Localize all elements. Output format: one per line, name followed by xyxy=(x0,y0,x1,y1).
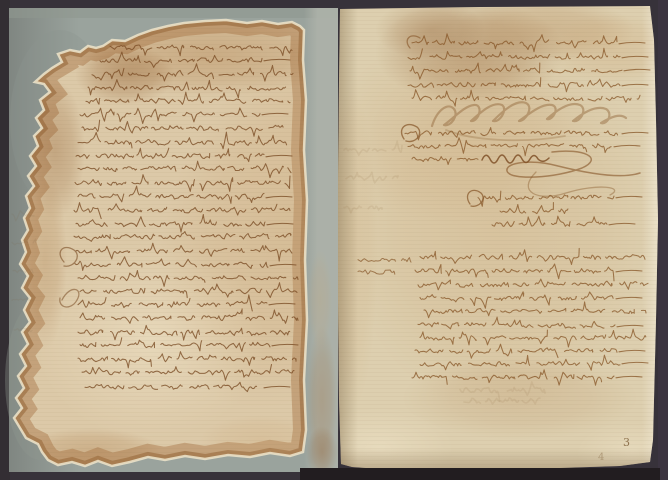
stain-blot xyxy=(308,250,332,350)
manuscript-scan: 3 4 xyxy=(0,0,668,480)
book-bottom-shadow xyxy=(300,468,660,480)
backing-top-band xyxy=(9,8,338,18)
page-number: 3 xyxy=(623,436,630,449)
frame-right-edge xyxy=(658,0,668,480)
faint-page-number: 4 xyxy=(598,452,604,463)
manuscript-svg: 3 4 xyxy=(0,0,668,480)
